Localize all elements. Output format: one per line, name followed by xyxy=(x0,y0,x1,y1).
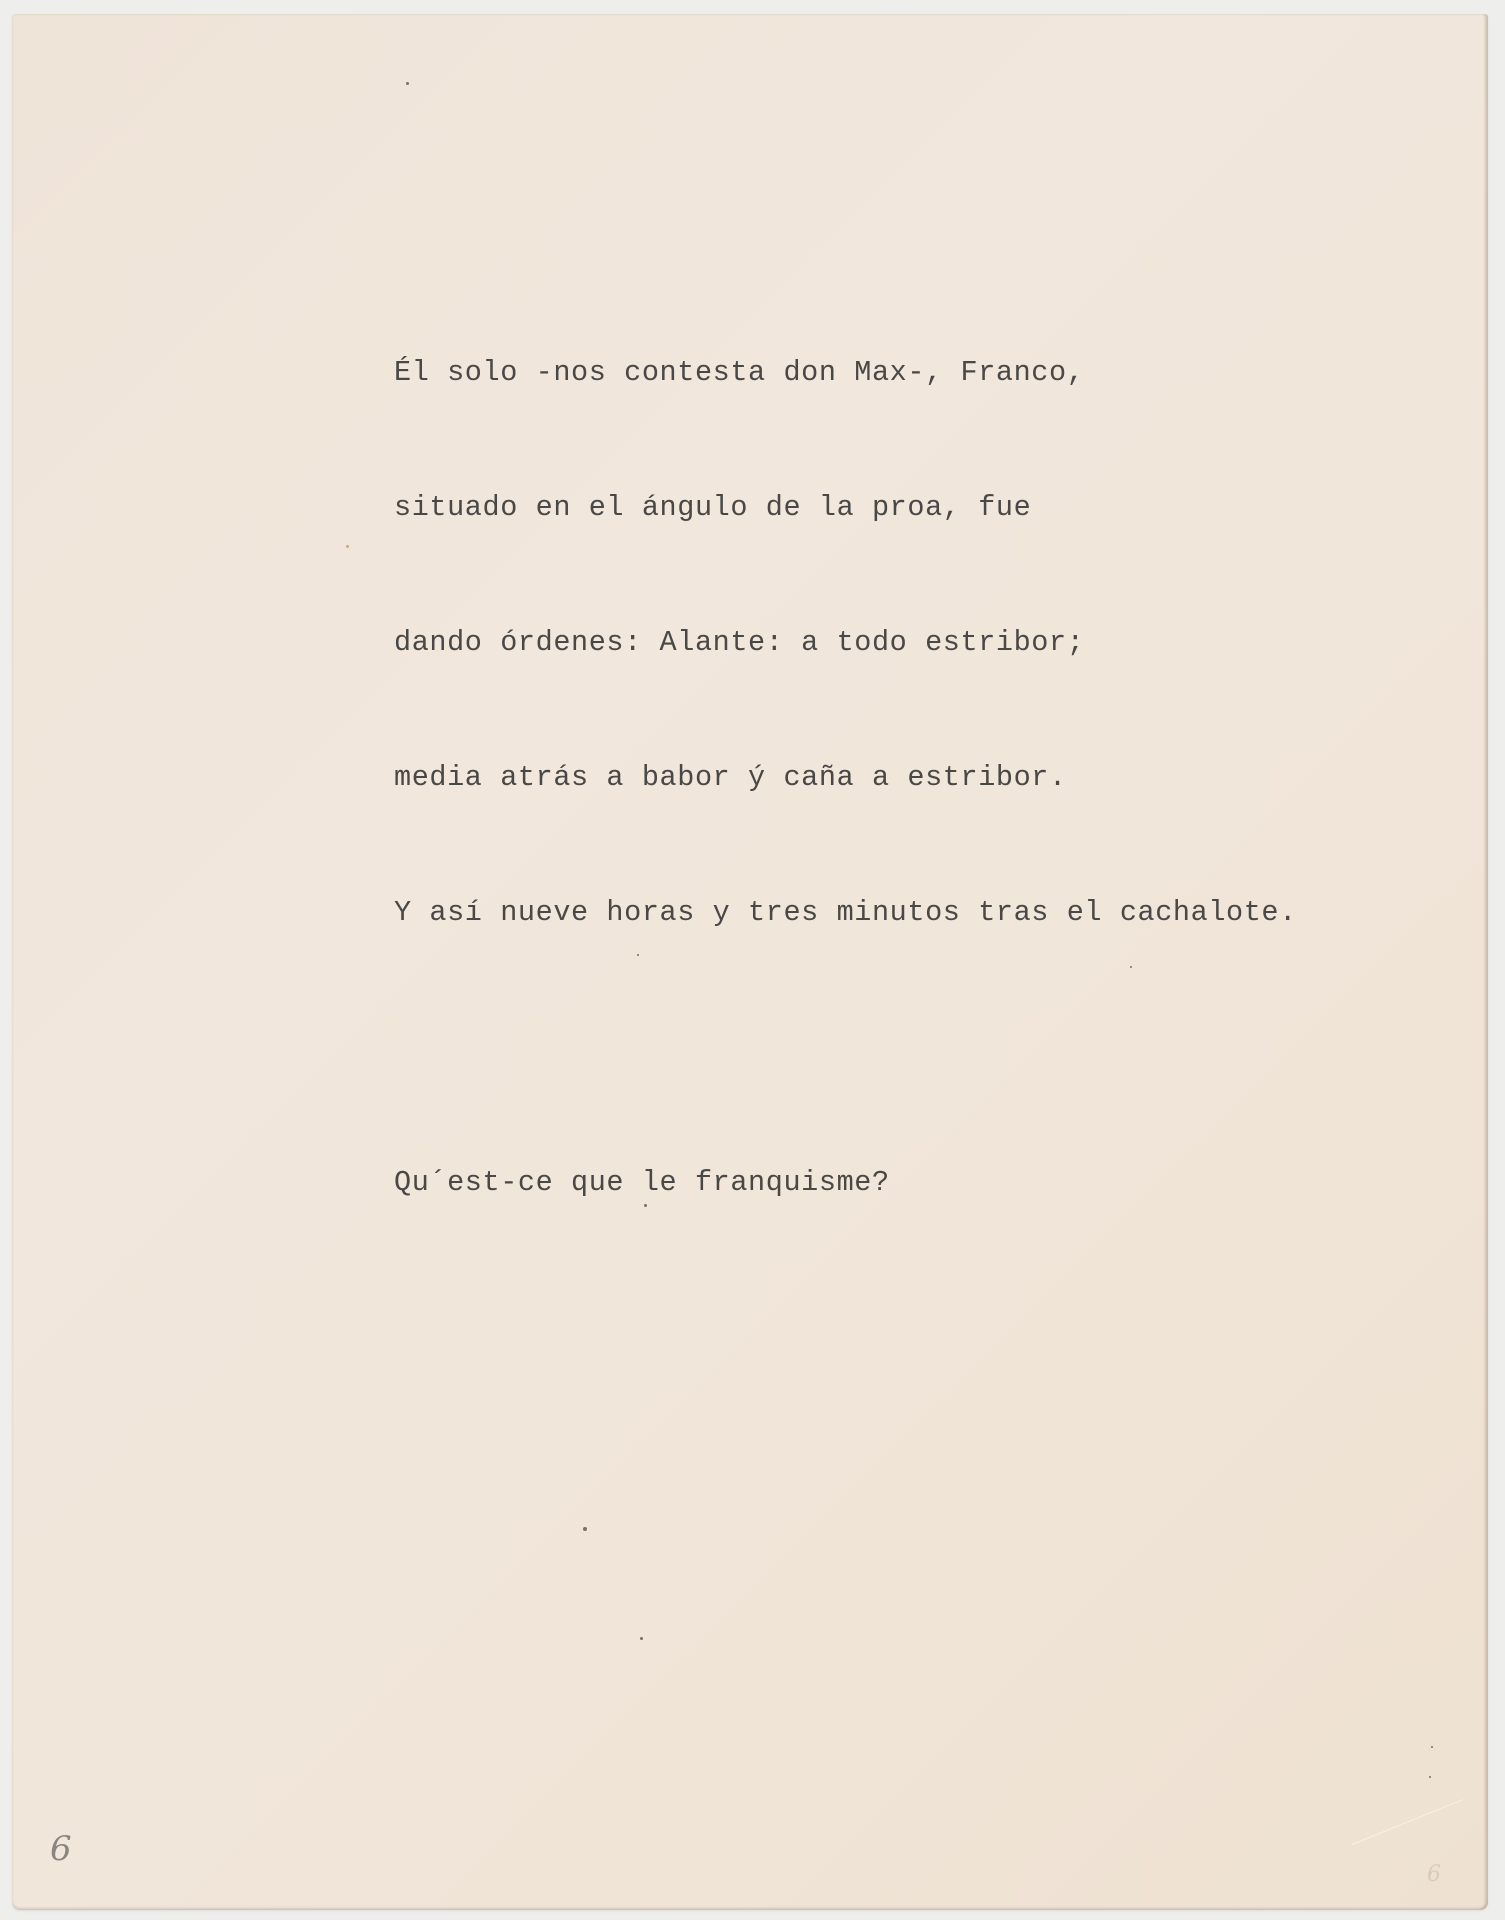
paper-speck xyxy=(644,1204,647,1207)
blank-line xyxy=(394,1013,1297,1082)
typed-text-block: Él solo -nos contesta don Max-, Franco, … xyxy=(394,272,1297,1283)
paper-crease xyxy=(1352,1799,1464,1845)
text-line: media atrás a babor ý caña a estribor. xyxy=(394,743,1297,812)
text-line: situado en el ángulo de la proa, fue xyxy=(394,473,1297,542)
text-line: dando órdenes: Alante: a todo estribor; xyxy=(394,608,1297,677)
handwritten-page-number: 6 xyxy=(50,1829,72,1869)
paper-sheet: Él solo -nos contesta don Max-, Franco, … xyxy=(12,14,1488,1910)
paper-speck xyxy=(640,1637,643,1640)
faint-corner-mark: 6 xyxy=(1427,1862,1441,1887)
paper-speck xyxy=(1431,1746,1433,1748)
paper-speck xyxy=(1130,966,1132,968)
paper-speck xyxy=(583,1527,587,1531)
paper-speck xyxy=(346,545,349,548)
paper-speck xyxy=(637,954,639,956)
paper-speck xyxy=(406,82,409,85)
paper-speck xyxy=(1429,1776,1431,1778)
closing-question: Qu´est-ce que le franquisme? xyxy=(394,1148,1297,1217)
text-line: Él solo -nos contesta don Max-, Franco, xyxy=(394,338,1297,407)
text-line: Y así nueve horas y tres minutos tras el… xyxy=(394,878,1297,947)
